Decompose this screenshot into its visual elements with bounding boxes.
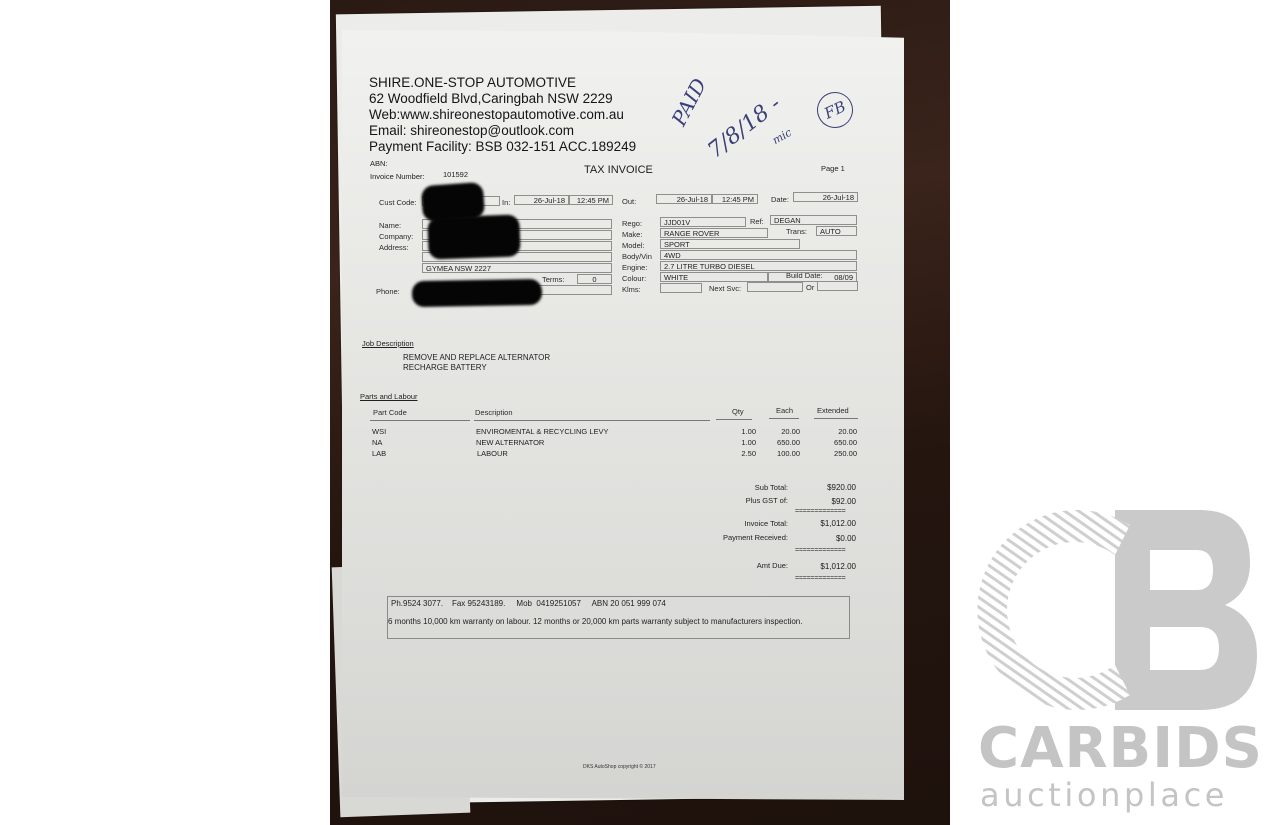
copyright: DKS AutoShop copyright © 2017 bbox=[583, 764, 656, 770]
footer-contact: Ph.9524 3077. Fax 95243189. Mob 04192510… bbox=[391, 599, 666, 608]
footer-box: Ph.9524 3077. Fax 95243189. Mob 04192510… bbox=[387, 596, 850, 639]
col-underline bbox=[769, 418, 799, 419]
part-extended: 20.00 bbox=[812, 427, 857, 436]
sub-total-label: Sub Total: bbox=[668, 483, 788, 492]
part-description: NEW ALTERNATOR bbox=[476, 438, 544, 447]
terms-label: Terms: bbox=[542, 275, 565, 284]
phone-label: Phone: bbox=[376, 287, 400, 296]
company-email: Email: shireonestop@outlook.com bbox=[369, 123, 636, 139]
sub-total-value: $920.00 bbox=[786, 483, 856, 492]
or-label: Or bbox=[806, 283, 814, 292]
col-underline bbox=[474, 420, 710, 421]
cust-code-label: Cust Code: bbox=[379, 198, 417, 207]
col-extended: Extended bbox=[817, 406, 849, 415]
make-value: RANGE ROVER bbox=[660, 228, 768, 238]
separator: ============= bbox=[795, 547, 846, 554]
or-field bbox=[817, 281, 858, 291]
col-underline bbox=[716, 419, 752, 420]
name-label: Name: bbox=[379, 221, 401, 230]
part-code: LAB bbox=[372, 449, 386, 458]
col-description: Description bbox=[475, 408, 513, 417]
part-description: LABOUR bbox=[477, 449, 508, 458]
job-description-heading: Job Description bbox=[362, 339, 414, 348]
separator: ============= bbox=[795, 575, 846, 582]
abn-label: ABN: bbox=[370, 159, 388, 168]
ref-label: Ref: bbox=[750, 217, 764, 226]
company-web: Web:www.shireonestopautomotive.com.au bbox=[369, 107, 636, 123]
klms-field bbox=[660, 283, 702, 293]
in-date: 26-Jul-18 bbox=[514, 195, 569, 205]
part-each: 20.00 bbox=[758, 427, 800, 436]
address-line-3: GYMEA NSW 2227 bbox=[422, 263, 612, 273]
colour-value: WHITE bbox=[660, 272, 768, 282]
company-header: SHIRE.ONE-STOP AUTOMOTIVE 62 Woodfield B… bbox=[369, 75, 636, 155]
part-extended: 650.00 bbox=[812, 438, 857, 447]
payment-received-label: Payment Received: bbox=[668, 533, 788, 542]
col-each: Each bbox=[776, 406, 793, 415]
gst-value: $92.00 bbox=[786, 497, 856, 506]
body-value: 4WD bbox=[660, 250, 857, 260]
invoice-total-label: Invoice Total: bbox=[668, 519, 788, 528]
terms-value: 0 bbox=[577, 274, 612, 284]
invoice-title: TAX INVOICE bbox=[584, 164, 653, 176]
in-time: 12:45 PM bbox=[569, 195, 613, 205]
part-qty: 1.00 bbox=[712, 427, 756, 436]
invoice-total-value: $1,012.00 bbox=[786, 519, 856, 528]
col-underline bbox=[814, 418, 858, 419]
redaction-name-address bbox=[427, 214, 520, 259]
trans-value: AUTO bbox=[816, 226, 857, 236]
job-description-lines: REMOVE AND REPLACE ALTERNATOR RECHARGE B… bbox=[403, 353, 550, 373]
job-line: RECHARGE BATTERY bbox=[403, 363, 550, 373]
address-label: Address: bbox=[379, 243, 409, 252]
parts-heading: Parts and Labour bbox=[360, 392, 418, 401]
body-label: Body/Vin bbox=[622, 252, 652, 261]
watermark-tagline: auctionplace bbox=[980, 776, 1228, 814]
rego-label: Rego: bbox=[622, 219, 642, 228]
amt-due-label: Amt Due: bbox=[668, 561, 788, 570]
part-each: 650.00 bbox=[758, 438, 800, 447]
handwritten-initials: mic bbox=[770, 126, 794, 147]
amt-due-value: $1,012.00 bbox=[786, 562, 856, 571]
ref-value: DEGAN bbox=[770, 215, 857, 225]
invoice-number-label: Invoice Number: bbox=[370, 172, 425, 181]
page-number: Page 1 bbox=[821, 164, 845, 173]
trans-label: Trans: bbox=[786, 227, 807, 236]
part-description: ENVIROMENTAL & RECYCLING LEVY bbox=[476, 427, 609, 436]
col-qty: Qty bbox=[732, 407, 744, 416]
invoice-sheet: SHIRE.ONE-STOP AUTOMOTIVE 62 Woodfield B… bbox=[342, 30, 904, 800]
engine-label: Engine: bbox=[622, 263, 647, 272]
out-time: 12:45 PM bbox=[712, 194, 758, 204]
date-label: Date: bbox=[771, 195, 789, 204]
rego-value: JJD01V bbox=[660, 217, 746, 227]
klms-label: Klms: bbox=[622, 285, 641, 294]
part-qty: 2.50 bbox=[712, 449, 756, 458]
company-label: Company: bbox=[379, 232, 413, 241]
out-date: 26-Jul-18 bbox=[656, 194, 712, 204]
part-extended: 250.00 bbox=[812, 449, 857, 458]
model-label: Model: bbox=[622, 241, 645, 250]
invoice-date: 26-Jul-18 bbox=[793, 192, 858, 202]
invoice-photo: SHIRE.ONE-STOP AUTOMOTIVE 62 Woodfield B… bbox=[330, 0, 950, 825]
part-each: 100.00 bbox=[758, 449, 800, 458]
col-part-code: Part Code bbox=[373, 408, 407, 417]
part-code: WSI bbox=[372, 427, 386, 436]
watermark-brand: CARBIDS bbox=[978, 716, 1263, 781]
model-value: SPORT bbox=[660, 239, 800, 249]
payment-received-value: $0.00 bbox=[786, 534, 856, 543]
next-svc-label: Next Svc: bbox=[709, 284, 741, 293]
company-address: 62 Woodfield Blvd,Caringbah NSW 2229 bbox=[369, 91, 636, 107]
job-line: REMOVE AND REPLACE ALTERNATOR bbox=[403, 353, 550, 363]
make-label: Make: bbox=[622, 230, 642, 239]
next-svc-field bbox=[747, 282, 803, 292]
invoice-number: 101592 bbox=[443, 170, 468, 179]
handwritten-paid: PAID bbox=[667, 74, 712, 129]
colour-label: Colour: bbox=[622, 274, 646, 283]
col-underline bbox=[370, 420, 470, 421]
company-name: SHIRE.ONE-STOP AUTOMOTIVE bbox=[369, 75, 636, 91]
part-qty: 1.00 bbox=[712, 438, 756, 447]
footer-warranty: 6 months 10,000 km warranty on labour. 1… bbox=[388, 617, 828, 626]
redaction-phone bbox=[412, 279, 542, 307]
handwritten-date: 7/8/18 - bbox=[703, 91, 786, 163]
gst-label: Plus GST of: bbox=[668, 496, 788, 505]
out-label: Out: bbox=[622, 197, 636, 206]
part-code: NA bbox=[372, 438, 382, 447]
company-payment: Payment Facility: BSB 032-151 ACC.189249 bbox=[369, 139, 636, 155]
separator: ============= bbox=[795, 508, 846, 515]
engine-value: 2.7 LITRE TURBO DIESEL bbox=[660, 261, 857, 271]
in-label: In: bbox=[502, 198, 510, 207]
handwritten-circled-initials: FB bbox=[811, 86, 859, 134]
